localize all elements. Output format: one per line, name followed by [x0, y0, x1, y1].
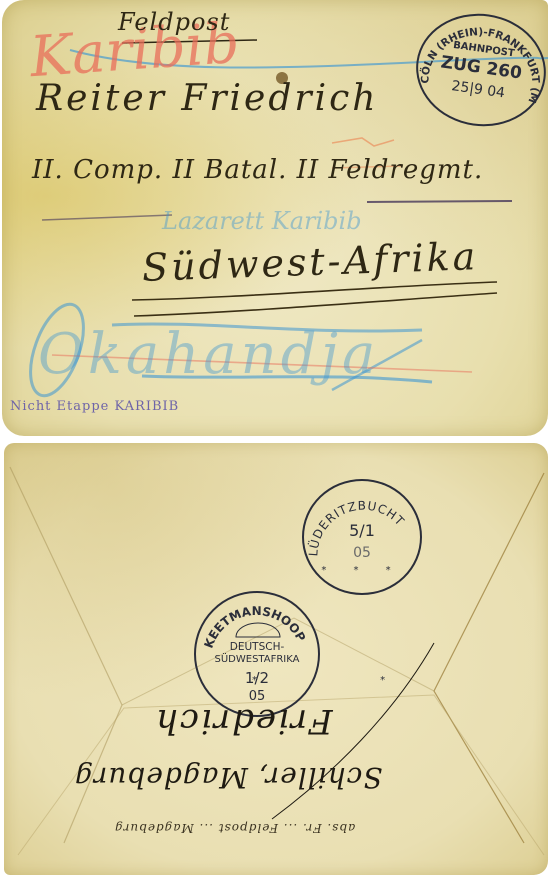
- sender-name-upside-down: Friedrich: [154, 701, 333, 741]
- blue-pencil-note-top: Lazarett Karibib: [162, 207, 362, 235]
- postmark-luderitzbucht-year: 05: [304, 545, 420, 561]
- sender-address-upside-down: Schiller, Magdeburg: [74, 761, 383, 794]
- postmark-bahnpost: CÖLN (RHEIN)-FRANKFURT (MAIN) BAHNPOST Z…: [409, 5, 548, 134]
- postmark-luderitzbucht-date: 5/1: [304, 521, 420, 540]
- postmark-keetmanshoop-line2: SÜDWESTAFRIKA: [196, 654, 318, 665]
- addressee-name: Reiter Friedrich: [36, 78, 378, 119]
- postmark-keetmanshoop-line1: DEUTSCH-: [196, 641, 318, 653]
- small-note-upside-down: abs. Fr. ... Feldpost ... Magdeburg: [114, 821, 355, 835]
- addressee-unit: II. Comp. II Batal. II Feldregmt.: [32, 155, 483, 185]
- postmark-keetmanshoop: KEETMANSHOOP DEUTSCH- SÜDWESTAFRIKA 1/2 …: [194, 591, 320, 717]
- envelope-front: Karibib Feldpost Reiter Friedrich II. Co…: [2, 0, 548, 436]
- postmark-keetmanshoop-stars: * *: [196, 675, 318, 686]
- violet-handstamp: Nicht Etappe KARIBIB: [10, 399, 179, 414]
- envelope-back: LÜDERITZBUCHT 5/1 05 * * * KEETMANSHOOP …: [4, 443, 548, 875]
- postmark-luderitzbucht-stars: * * *: [304, 565, 420, 576]
- postmark-luderitzbucht: LÜDERITZBUCHT 5/1 05 * * *: [302, 479, 422, 595]
- feldpost-header: Feldpost: [118, 8, 230, 36]
- blue-pencil-note-bottom: Okahandja: [38, 322, 379, 387]
